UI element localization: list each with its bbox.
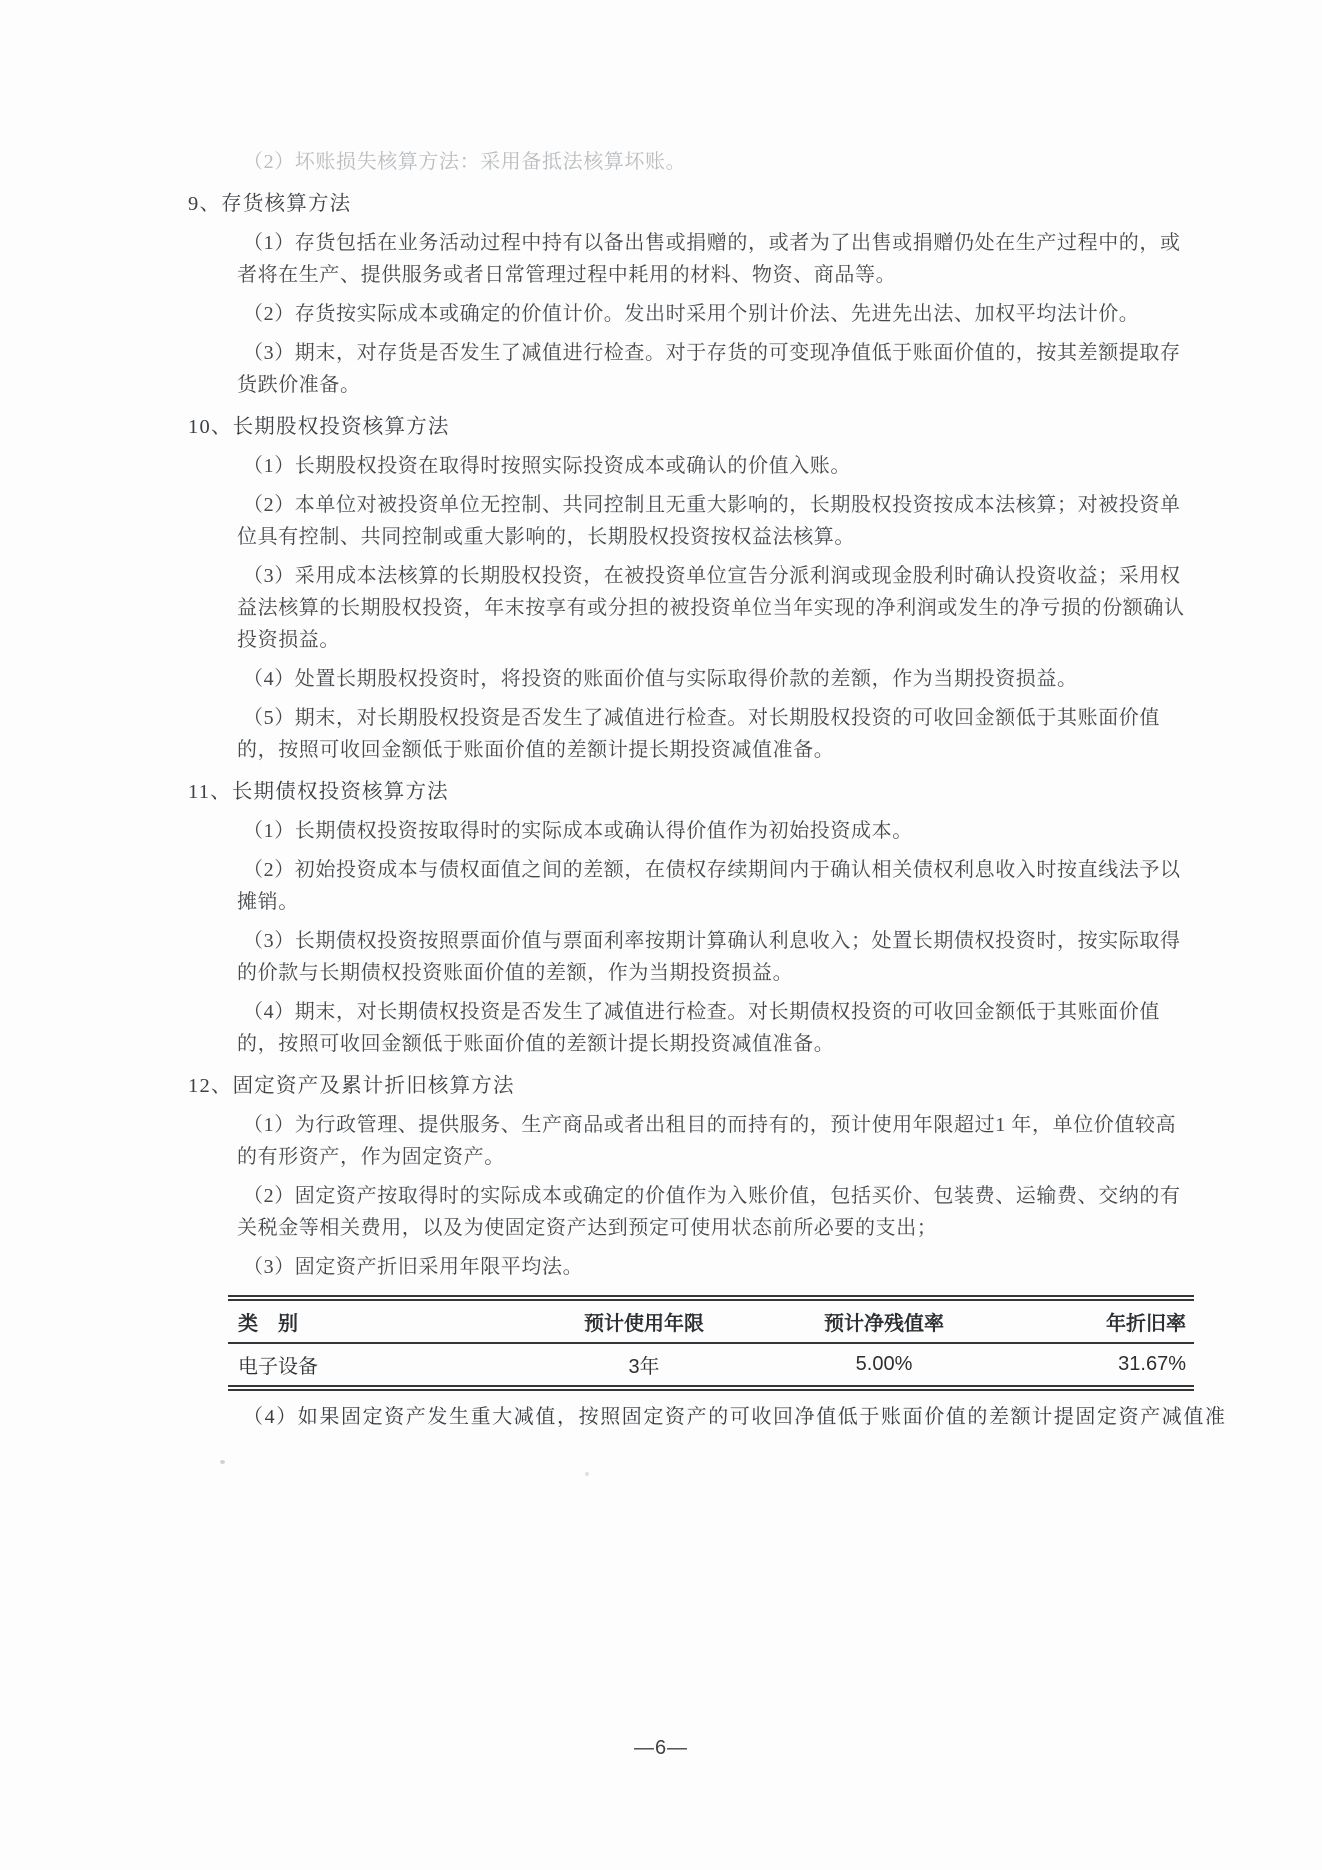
table-header-row: 类 别预计使用年限预计净残值率年折旧率 xyxy=(228,1298,1194,1343)
paragraph-line: （3）固定资产折旧采用年限平均法。 xyxy=(237,1251,1254,1283)
paragraph: （3）采用成本法核算的长期股权投资，在被投资单位宣告分派利润或现金股利时确认投资… xyxy=(188,560,1254,656)
table-cell: 5.00% xyxy=(758,1343,1010,1388)
paragraph-line: 的，按照可收回金额低于账面价值的差额计提长期投资减值准备。 xyxy=(237,734,1254,766)
section-heading: 10、长期股权投资核算方法 xyxy=(188,411,1254,443)
paragraph: （3）长期债权投资按照票面价值与票面利率按期计算确认利息收入；处置长期债权投资时… xyxy=(188,925,1254,989)
table-header-cell: 类 别 xyxy=(228,1298,530,1343)
paragraph-line: （2）存货按实际成本或确定的价值计价。发出时采用个别计价法、先进先出法、加权平均… xyxy=(237,298,1254,330)
paragraph-line: 的有形资产，作为固定资产。 xyxy=(237,1141,1254,1173)
paragraph-line: 的价款与长期债权投资账面价值的差额，作为当期投资损益。 xyxy=(237,957,1254,989)
table-header-cell: 预计使用年限 xyxy=(530,1298,758,1343)
paragraph: （2）本单位对被投资单位无控制、共同控制且无重大影响的，长期股权投资按成本法核算… xyxy=(188,489,1254,553)
paragraph-line: （1）为行政管理、提供服务、生产商品或者出租目的而持有的，预计使用年限超过1 年… xyxy=(237,1109,1254,1141)
table-cell: 电子设备 xyxy=(228,1343,530,1388)
paragraph: （4）如果固定资产发生重大减值，按照固定资产的可收回净值低于账面价值的差额计提固… xyxy=(188,1401,1254,1433)
paragraph: （2）固定资产按取得时的实际成本或确定的价值作为入账价值，包括买价、包装费、运输… xyxy=(188,1180,1254,1244)
paragraph-line: 摊销。 xyxy=(237,886,1254,918)
paragraph: （2）初始投资成本与债权面值之间的差额，在债权存续期间内于确认相关债权利息收入时… xyxy=(188,854,1254,918)
paragraph-line: （4）处置长期股权投资时，将投资的账面价值与实际取得价款的差额，作为当期投资损益… xyxy=(237,663,1254,695)
faded-paragraph: （2）坏账损失核算方法：采用备抵法核算坏账。 xyxy=(188,146,1254,178)
paragraph: （2）存货按实际成本或确定的价值计价。发出时采用个别计价法、先进先出法、加权平均… xyxy=(188,298,1254,330)
paragraph: （3）固定资产折旧采用年限平均法。 xyxy=(188,1251,1254,1283)
paragraph-line: （2）固定资产按取得时的实际成本或确定的价值作为入账价值，包括买价、包装费、运输… xyxy=(237,1180,1254,1212)
paragraph: （5）期末，对长期股权投资是否发生了减值进行检查。对长期股权投资的可收回金额低于… xyxy=(188,702,1254,766)
paragraph-line: 关税金等相关费用，以及为使固定资产达到预定可使用状态前所必要的支出； xyxy=(237,1212,1254,1244)
paragraph-line: （5）期末，对长期股权投资是否发生了减值进行检查。对长期股权投资的可收回金额低于… xyxy=(237,702,1254,734)
paragraph-line: 的，按照可收回金额低于账面价值的差额计提长期投资减值准备。 xyxy=(237,1028,1254,1060)
document-page: （2）坏账损失核算方法：采用备抵法核算坏账。9、存货核算方法（1）存货包括在业务… xyxy=(0,0,1322,1870)
paragraph: （1）长期债权投资按取得时的实际成本或确认得价值作为初始投资成本。 xyxy=(188,815,1254,847)
table-cell: 3年 xyxy=(530,1343,758,1388)
paragraph-line: （1）长期债权投资按取得时的实际成本或确认得价值作为初始投资成本。 xyxy=(237,815,1254,847)
paragraph: （1）为行政管理、提供服务、生产商品或者出租目的而持有的，预计使用年限超过1 年… xyxy=(188,1109,1254,1173)
paragraph-line: 益法核算的长期股权投资，年末按享有或分担的被投资单位当年实现的净利润或发生的净亏… xyxy=(237,592,1254,624)
table-row: 电子设备3年5.00%31.67% xyxy=(228,1343,1194,1388)
document-body: （2）坏账损失核算方法：采用备抵法核算坏账。9、存货核算方法（1）存货包括在业务… xyxy=(188,146,1254,1440)
paragraph-line: （3）长期债权投资按照票面价值与票面利率按期计算确认利息收入；处置长期债权投资时… xyxy=(237,925,1254,957)
paragraph: （1）长期股权投资在取得时按照实际投资成本或确认的价值入账。 xyxy=(188,450,1254,482)
page-number: —6— xyxy=(0,1737,1322,1760)
paragraph: （4）期末，对长期债权投资是否发生了减值进行检查。对长期债权投资的可收回金额低于… xyxy=(188,996,1254,1060)
paragraph-line: （4）期末，对长期债权投资是否发生了减值进行检查。对长期债权投资的可收回金额低于… xyxy=(237,996,1254,1028)
paragraph-line: 货跌价准备。 xyxy=(237,369,1254,401)
paragraph: （1）存货包括在业务活动过程中持有以备出售或捐赠的，或者为了出售或捐赠仍处在生产… xyxy=(188,227,1254,291)
paragraph-line: （1）存货包括在业务活动过程中持有以备出售或捐赠的，或者为了出售或捐赠仍处在生产… xyxy=(237,227,1254,259)
paragraph-line: （4）如果固定资产发生重大减值，按照固定资产的可收回净值低于账面价值的差额计提固… xyxy=(237,1401,1254,1433)
paragraph-line: 者将在生产、提供服务或者日常管理过程中耗用的材料、物资、商品等。 xyxy=(237,259,1254,291)
scan-artifact-speck xyxy=(585,1472,589,1476)
paragraph-line: （1）长期股权投资在取得时按照实际投资成本或确认的价值入账。 xyxy=(237,450,1254,482)
paragraph-line: （2）本单位对被投资单位无控制、共同控制且无重大影响的，长期股权投资按成本法核算… xyxy=(237,489,1254,521)
paragraph-line: （3）采用成本法核算的长期股权投资，在被投资单位宣告分派利润或现金股利时确认投资… xyxy=(237,560,1254,592)
table-header-cell: 预计净残值率 xyxy=(758,1298,1010,1343)
section-heading: 9、存货核算方法 xyxy=(188,188,1254,220)
paragraph-line: 投资损益。 xyxy=(237,624,1254,656)
paragraph-line: （2）坏账损失核算方法：采用备抵法核算坏账。 xyxy=(237,146,1254,178)
section-heading: 11、长期债权投资核算方法 xyxy=(188,776,1254,808)
section-heading: 12、固定资产及累计折旧核算方法 xyxy=(188,1070,1254,1102)
paragraph-line: （3）期末，对存货是否发生了减值进行检查。对于存货的可变现净值低于账面价值的，按… xyxy=(237,337,1254,369)
table-cell: 31.67% xyxy=(1010,1343,1194,1388)
fixed-assets-depreciation-table: 类 别预计使用年限预计净残值率年折旧率电子设备3年5.00%31.67% xyxy=(228,1295,1194,1391)
paragraph: （4）处置长期股权投资时，将投资的账面价值与实际取得价款的差额，作为当期投资损益… xyxy=(188,663,1254,695)
paragraph: （3）期末，对存货是否发生了减值进行检查。对于存货的可变现净值低于账面价值的，按… xyxy=(188,337,1254,401)
paragraph-line: 位具有控制、共同控制或重大影响的，长期股权投资按权益法核算。 xyxy=(237,521,1254,553)
scan-artifact-speck xyxy=(220,1460,225,1464)
paragraph-line: （2）初始投资成本与债权面值之间的差额，在债权存续期间内于确认相关债权利息收入时… xyxy=(237,854,1254,886)
table-header-cell: 年折旧率 xyxy=(1010,1298,1194,1343)
